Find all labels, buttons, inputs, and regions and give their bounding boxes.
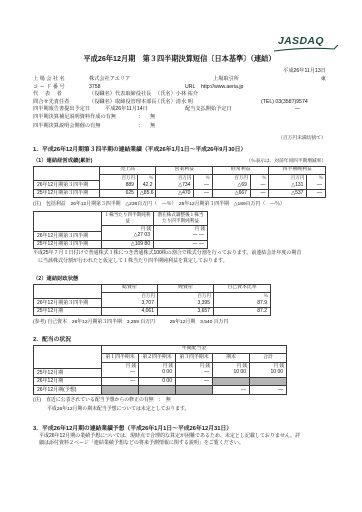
supplement-value: 無: [150, 114, 155, 122]
exchange-label: 上場取引所: [213, 76, 239, 84]
cell: 42.2: [137, 181, 156, 190]
results-header-row: 売上高 営業利益 経常利益 四半期純利益: [34, 166, 326, 174]
cell: △470: [156, 189, 194, 198]
supplement-separator: ：: [138, 114, 150, 122]
cell: 87.2: [214, 307, 271, 316]
cell: 3,657: [158, 307, 214, 316]
cell: ―: [176, 369, 213, 378]
code-label: コ ー ド 番 号: [33, 84, 89, 92]
shaded-cell: [176, 386, 213, 395]
cell: ― ―: [154, 240, 208, 249]
cell: 3,707: [102, 299, 158, 308]
cell: △131: [269, 181, 307, 190]
column-header-diluted-eps: 潜在株式調整後１株当たり四半期純利益: [154, 211, 208, 225]
position-header-row: 総資産 純資産 自己資本比率: [34, 284, 271, 292]
filing-date-value: 平成26年11月14日: [105, 106, 148, 114]
equity-reference-note: (参考) 自己資本 26年12月期第３四半期 3,259 百万円 25年12月期…: [33, 318, 326, 325]
cell: 10 00: [213, 369, 250, 378]
cell: ―: [250, 386, 287, 395]
table-row: 25年12月期 ― 0 00 ― 10 00 10 00: [34, 369, 287, 378]
column-header-sales: 売上高: [100, 166, 156, 174]
row-label: 26年12月期第３四半期: [34, 181, 100, 190]
row-label: 25年12月期第３四半期: [34, 189, 100, 198]
cell: 889: [100, 181, 138, 190]
contact-tel: (TEL) 03(3587)9574: [261, 99, 308, 107]
section1-heading: 1．平成26年12月期第３四半期の連結業績（平成26年1月1日～平成26年9月3…: [33, 144, 326, 153]
section2-heading: 2．配当の状況: [33, 334, 326, 343]
cell: ―: [176, 377, 213, 386]
forecast-body-line2: 細は添付資料２ページ「連結業績予想などの将来予測情報に関する説明」をご覧ください…: [33, 440, 326, 448]
cell: 3,395: [158, 299, 214, 308]
cell: 10 00: [250, 369, 287, 378]
supplement-row: 四半期決算補足説明資料作成の有無 ： 無: [33, 114, 326, 122]
contact-title: （役職名）取締役管理本部長: [89, 99, 155, 107]
annual-dividend-header: 年間配当金: [102, 345, 287, 353]
financial-position-table: 総資産 純資産 自己資本比率 百万円 百万円 ％ 26年12月期第３四半期 3,…: [33, 284, 271, 317]
position-corner-cell: [34, 284, 102, 299]
row-label: 25年12月期: [34, 369, 102, 378]
jasdaq-swoosh-icon: [273, 45, 339, 52]
shaded-cell: [213, 377, 250, 386]
cell: 625: [100, 189, 138, 198]
representative-title: （役職名）代表取締役社長: [89, 91, 155, 99]
company-name-label: 上 場 会 社 名: [33, 76, 89, 84]
results-corner-cell: [34, 166, 100, 181]
stock-split-note-line1: 平成25年７月１日付けで普通株式１株につき普通株式100株の割合で株式分割を行っ…: [33, 250, 326, 258]
row-label: 25年12月期: [34, 307, 102, 316]
cell: △27 03: [102, 232, 154, 241]
column-header-net-assets: 純資産: [158, 284, 214, 292]
eps-table: １株当たり四半期純利益 潜在株式調整後１株当たり四半期純利益 円 銭 円 銭 2…: [33, 211, 208, 249]
eps-corner-cell: [34, 211, 102, 231]
table-row: 25年12月期第３四半期 △109 80 ― ―: [34, 240, 208, 249]
table-row: 26年12月期第３四半期 3,707 3,395 87.9: [34, 299, 271, 308]
column-header-eps: １株当たり四半期純利益: [102, 211, 154, 225]
cell: △85.6: [137, 189, 156, 198]
dividend-table: 年間配当金 第１四半期末 第２四半期末 第３四半期末 期末 合計 円 銭 円 銭…: [33, 345, 287, 395]
dividend-corner-cell: [34, 345, 102, 368]
cell: △734: [156, 181, 194, 190]
column-header-operating-income: 営業利益: [156, 166, 212, 174]
cell: △109 80: [102, 240, 154, 249]
briefing-value: 無: [150, 123, 155, 131]
cell: ― ―: [154, 232, 208, 241]
briefing-label: 四半期決算説明会開催の有無: [33, 123, 138, 131]
cell: ―: [250, 181, 269, 190]
url-label: URL: [185, 84, 195, 92]
table-row: 26年12月期第３四半期 △27 03 ― ―: [34, 232, 208, 241]
dividend-start-label: 配当支払開始予定日: [185, 106, 232, 114]
row-label: 26年12月期第３四半期: [34, 299, 102, 308]
sub1-pct-note: （％表示は、対前年同四半期増減率）: [246, 158, 326, 164]
document-title: 平成26年12月期 第３四半期決算短信〔日本基準〕（連結）: [33, 54, 326, 64]
cell: ―: [307, 189, 326, 198]
cell: △69: [212, 181, 250, 190]
logo-row: JASDAQ: [33, 36, 326, 49]
cell: 0 00: [139, 369, 176, 378]
row-label: 26年12月期: [34, 377, 102, 386]
company-info-block: 上 場 会 社 名 株式会社アエリア 上場取引所 東 コ ー ド 番 号 375…: [33, 76, 326, 131]
cell: ―: [213, 386, 250, 395]
cell: 4,061: [102, 307, 158, 316]
sub2-heading: （2）連結財政状態: [33, 274, 326, 282]
shaded-cell: [102, 386, 139, 395]
cell: ―: [250, 189, 269, 198]
briefing-row: 四半期決算説明会開催の有無 ： 無: [33, 123, 326, 131]
cell: 87.9: [214, 299, 271, 308]
cell: △667: [212, 189, 250, 198]
dividend-span-header-row: 年間配当金: [34, 345, 287, 353]
filing-date-label: 四半期報告書提出予定日: [33, 106, 105, 114]
supplement-label: 四半期決算補足説明資料作成の有無: [33, 114, 138, 122]
cell: ―: [194, 181, 213, 190]
stock-split-note-line2: に当該株式分割が行われたと仮定して１株当たり四半期純利益を算定しております。: [33, 258, 326, 266]
code-row: コ ー ド 番 号 3758 URL http://www.aeria.jp: [33, 84, 326, 92]
column-header-ordinary-income: 経常利益: [212, 166, 268, 174]
column-header-year-end: 期末: [213, 354, 250, 362]
consolidated-results-table: 売上高 営業利益 経常利益 四半期純利益 百万円 ％ 百万円 ％ 百万円 ％ 百…: [33, 166, 326, 199]
column-header-q3-end: 第３四半期末: [176, 354, 213, 362]
dividend-revision-note: (注) 直近に公表されている配当予想からの修正の有無 ： 無: [33, 396, 326, 403]
contact-name: （氏名）清水 明: [155, 99, 193, 107]
cell: ―: [307, 181, 326, 190]
comprehensive-income-note: (注) 包括利益 26年12月期第３四半期 △236百万円（ ―％） 25年12…: [33, 200, 326, 207]
table-row: 26年12月期第３四半期 889 42.2 △734 ― △69 ― △131 …: [34, 181, 326, 190]
eps-header-row: １株当たり四半期純利益 潜在株式調整後１株当たり四半期純利益: [34, 211, 208, 225]
column-header-total-assets: 総資産: [102, 284, 158, 292]
representative-row: 代 表 者 （役職名）代表取締役社長 （氏名）小林 祐介: [33, 91, 326, 99]
column-header-q1-end: 第１四半期末: [102, 354, 139, 362]
representative-name: （氏名）小林 祐介: [155, 91, 198, 99]
column-header-total: 合計: [250, 354, 287, 362]
sub1-heading: （1）連結経営成績(累計): [33, 156, 92, 164]
contact-label: 問合せ先責任者: [33, 99, 89, 107]
table-row: 26年12月期(予想) ― ―: [34, 386, 287, 395]
dividend-undecided-note: 平成26年12月期の期末配当予想については未定としております。: [33, 405, 326, 412]
cell: ―: [102, 377, 139, 386]
section3-heading: 3．平成26年12月期の連結業績予想（平成26年1月1日～平成26年12月31日…: [33, 423, 326, 432]
table-row: 25年12月期第３四半期 625 △85.6 △470 ― △667 ― △53…: [34, 189, 326, 198]
company-name-value: 株式会社アエリア: [89, 76, 130, 84]
shaded-cell: [250, 377, 287, 386]
url-value: http://www.aeria.jp: [201, 84, 243, 92]
briefing-separator: ：: [138, 123, 150, 131]
announce-date: 平成26年11月13日: [33, 67, 326, 74]
column-header-equity-ratio: 自己資本比率: [214, 284, 271, 292]
row-label: 25年12月期第３四半期: [34, 240, 102, 249]
code-value: 3758: [89, 84, 101, 92]
dividend-start-value: ―: [295, 106, 300, 114]
section1-sub1-heading-row: （1）連結経営成績(累計) （％表示は、対前年同四半期増減率）: [33, 156, 326, 164]
earnings-report-page: JASDAQ 平成26年12月期 第３四半期決算短信〔日本基準〕（連結） 平成2…: [0, 0, 362, 512]
row-label: 26年12月期第３四半期: [34, 232, 102, 241]
cell: ―: [194, 189, 213, 198]
table-row: 25年12月期 4,061 3,657 87.2: [34, 307, 271, 316]
representative-label: 代 表 者: [33, 91, 89, 99]
column-header-q2-end: 第２四半期末: [139, 354, 176, 362]
cell: △537: [269, 189, 307, 198]
table-row: 26年12月期 ― 0 00 ―: [34, 377, 287, 386]
shaded-cell: [139, 386, 176, 395]
company-name-row: 上 場 会 社 名 株式会社アエリア 上場取引所 東: [33, 76, 326, 84]
contact-row: 問合せ先責任者 （役職名）取締役管理本部長 （氏名）清水 明 (TEL) 03(…: [33, 99, 326, 107]
row-label: 26年12月期(予想): [34, 386, 102, 395]
jasdaq-logo: JASDAQ: [278, 36, 326, 49]
filing-date-row: 四半期報告書提出予定日 平成26年11月14日 配当支払開始予定日 ―: [33, 106, 326, 114]
exchange-value: 東: [321, 76, 326, 84]
column-header-net-income: 四半期純利益: [269, 166, 326, 174]
cell: ―: [102, 369, 139, 378]
rounding-note: （百万円未満切捨て）: [33, 134, 326, 141]
cell: 0 00: [139, 377, 176, 386]
